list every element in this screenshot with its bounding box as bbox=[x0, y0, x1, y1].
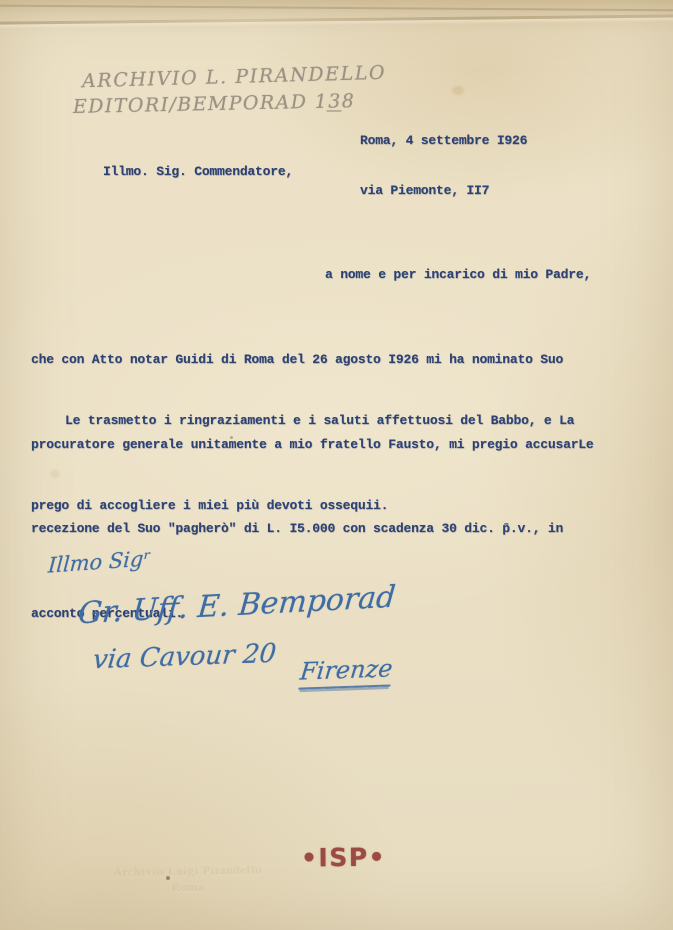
date-line: Roma, 4 settembre I926 bbox=[360, 133, 527, 150]
archive-note-line1: ARCHIVIO L. PIRANDELLO bbox=[82, 62, 387, 92]
sender-address-line: via Piemonte, II7 bbox=[360, 183, 527, 200]
body-line: Le trasmetto i ringraziamenti e i saluti… bbox=[31, 407, 631, 435]
faint-emboss-stamp: Archivio Luigi Pirandello Roma bbox=[103, 862, 274, 897]
body-line: a nome e per incarico di mio Padre, bbox=[31, 261, 631, 289]
body-paragraph-2: Le trasmetto i ringraziamenti e i saluti… bbox=[31, 351, 631, 577]
isp-stamp: •ISP• bbox=[301, 843, 386, 873]
body-line: prego di accogliere i miei più devoti os… bbox=[31, 492, 631, 520]
recipient-city: Firenze bbox=[298, 654, 394, 689]
archive-note-dash: — bbox=[326, 100, 342, 119]
salutation: Illmo. Sig. Commendatore, bbox=[103, 164, 293, 179]
paper-crease-line bbox=[0, 5, 673, 12]
archive-note-line2: EDITORI/BEMPORAD 138 bbox=[73, 90, 356, 118]
letter-scan: ARCHIVIO L. PIRANDELLO EDITORI/BEMPORAD … bbox=[0, 0, 673, 930]
emboss-line1: Archivio Luigi Pirandello bbox=[103, 862, 273, 881]
emboss-line2: Roma bbox=[103, 878, 273, 897]
foxing-spot bbox=[452, 86, 464, 95]
paper-fold-crease bbox=[0, 14, 673, 24]
